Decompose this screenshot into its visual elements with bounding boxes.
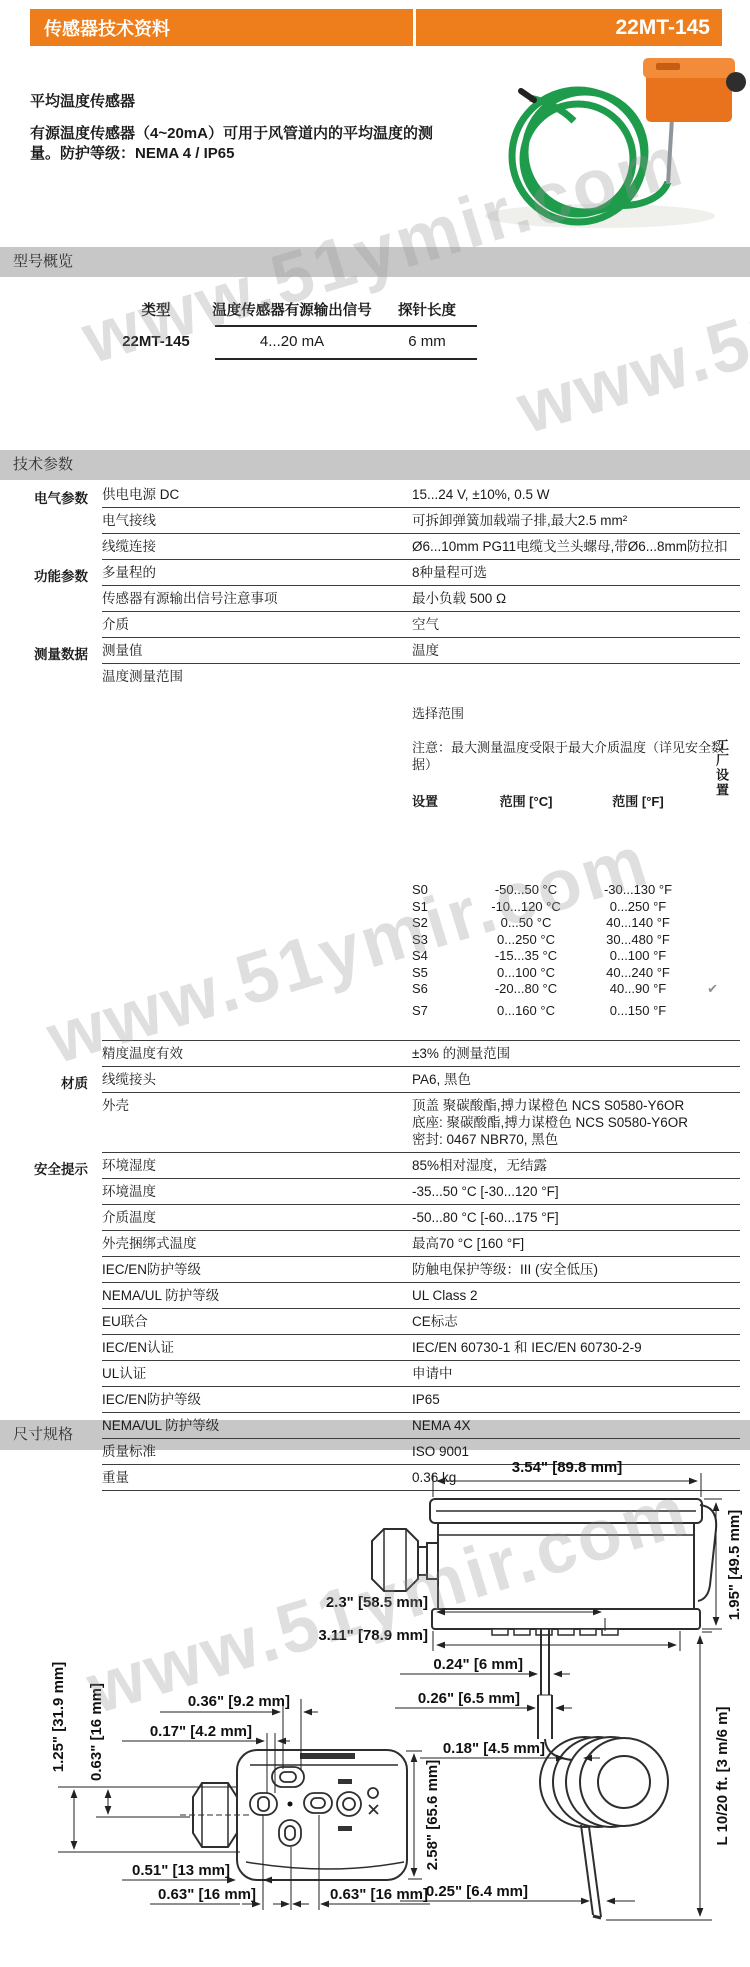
factory-setting-label: 工厂设置 bbox=[713, 738, 730, 798]
spec-category: 功能参数 bbox=[10, 560, 102, 586]
range-note: 注意：最大测量温度受限于最大介质温度（详见安全数据） bbox=[412, 739, 732, 773]
spec-row: 介质空气 bbox=[10, 612, 740, 638]
sensor-housing bbox=[643, 58, 746, 122]
model-number: 22MT-145 bbox=[615, 16, 710, 40]
spec-value: 15...24 V, ±10%, 0.5 W bbox=[412, 482, 740, 508]
spec-row: EU联合CE标志 bbox=[10, 1309, 740, 1335]
spec-row: 电气接线可拆卸弹簧加载端子排,最大2.5 mm² bbox=[10, 508, 740, 534]
spec-value: 防触电保护等级：III (安全低压) bbox=[412, 1257, 740, 1283]
spec-label: 精度温度有效 bbox=[102, 1041, 412, 1067]
spec-label: 环境湿度 bbox=[102, 1153, 412, 1179]
spec-label: NEMA/UL 防护等级 bbox=[102, 1283, 412, 1309]
range-cell: S4 bbox=[412, 948, 470, 965]
spec-row: 温度测量范围 选择范围 注意：最大测量温度受限于最大介质温度（详见安全数据） 设… bbox=[10, 664, 740, 1041]
spec-row: 测量数据测量值温度 bbox=[10, 638, 740, 664]
range-row: S0-50...50 °C-30...130 °F bbox=[412, 882, 732, 899]
spec-row: UL认证申请中 bbox=[10, 1361, 740, 1387]
probe-stem bbox=[668, 118, 672, 184]
table-rule bbox=[215, 358, 477, 360]
range-row: S6-20...80 °C40...90 °F✔ bbox=[412, 981, 732, 998]
spec-label: 外壳捆绑式温度 bbox=[102, 1231, 412, 1257]
spec-value: 温度 bbox=[412, 638, 740, 664]
range-cell: S5 bbox=[412, 965, 470, 982]
range-cell: -10...120 °C bbox=[470, 899, 582, 916]
dim-label-spacing-left: 0.63" [16 mm] bbox=[158, 1886, 256, 1903]
range-cell bbox=[694, 948, 718, 965]
spec-category bbox=[10, 1093, 102, 1153]
range-cell: 0...250 °C bbox=[470, 932, 582, 949]
range-header-row: 设置 范围 [°C] 范围 [°F] bbox=[412, 793, 732, 810]
dimension-drawings: 3.54" [89.8 mm] 1.95" [49.5 mm] 2.3" [58… bbox=[0, 1455, 750, 1965]
range-row: S70...160 °C0...150 °F bbox=[412, 1003, 732, 1020]
range-row: S50...100 °C40...240 °F bbox=[412, 965, 732, 982]
spec-label: IEC/EN防护等级 bbox=[102, 1387, 412, 1413]
range-cell: 0...250 °F bbox=[582, 899, 694, 916]
section-title-tech: 技术参数 bbox=[0, 450, 750, 480]
range-cell bbox=[694, 899, 718, 916]
spec-category bbox=[10, 508, 102, 534]
spec-value: 最小负载 500 Ω bbox=[412, 586, 740, 612]
range-cell bbox=[694, 1003, 718, 1020]
column-header-type: 类型 bbox=[105, 302, 207, 320]
header-right-segment: 22MT-145 bbox=[416, 9, 722, 46]
spec-value: UL Class 2 bbox=[412, 1283, 740, 1309]
dim-label-height: 1.95" [49.5 mm] bbox=[726, 1510, 743, 1621]
spec-category: 安全提示 bbox=[10, 1153, 102, 1179]
spec-value: Ø6...10mm PG11电缆戈兰头螺母,带Ø6...8mm防拉扣 bbox=[412, 534, 740, 560]
page-title: 传感器技术资料 bbox=[44, 15, 170, 41]
factory-check-icon: ✔ bbox=[694, 981, 718, 998]
spec-category bbox=[10, 1231, 102, 1257]
range-cell: 0...150 °F bbox=[582, 1003, 694, 1020]
spec-row: NEMA/UL 防护等级NEMA 4X bbox=[10, 1413, 740, 1439]
spec-category: 电气参数 bbox=[10, 482, 102, 508]
spec-label: 外壳 bbox=[102, 1093, 412, 1153]
spec-category: 材质 bbox=[10, 1067, 102, 1093]
section-title-overview: 型号概览 bbox=[0, 247, 750, 277]
range-cell: 40...240 °F bbox=[582, 965, 694, 982]
intro-section: 平均温度传感器 有源温度传感器（4~20mA）可用于风管道内的平均温度的测量。防… bbox=[30, 48, 750, 243]
range-row: S20...50 °C40...140 °F bbox=[412, 915, 732, 932]
spec-category bbox=[10, 612, 102, 638]
range-row: S4-15...35 °C0...100 °F bbox=[412, 948, 732, 965]
range-cell: S7 bbox=[412, 1003, 470, 1020]
range-cell bbox=[694, 965, 718, 982]
spec-row: 传感器有源输出信号注意事项最小负载 500 Ω bbox=[10, 586, 740, 612]
spec-category bbox=[10, 1335, 102, 1361]
spec-label: 线缆连接 bbox=[102, 534, 412, 560]
spec-category bbox=[10, 1257, 102, 1283]
range-cell: 0...160 °C bbox=[470, 1003, 582, 1020]
spec-label: IEC/EN防护等级 bbox=[102, 1257, 412, 1283]
bottom-view-housing bbox=[180, 1750, 407, 1880]
dim-label-sheath-diameter: 0.26" [6.5 mm] bbox=[418, 1690, 520, 1707]
range-cell: 40...90 °F bbox=[582, 981, 694, 998]
spec-label: EU联合 bbox=[102, 1309, 412, 1335]
spec-category: 测量数据 bbox=[10, 638, 102, 664]
spec-category bbox=[10, 1283, 102, 1309]
spec-row: 安全提示环境湿度85%相对湿度，无结露 bbox=[10, 1153, 740, 1179]
spec-value: 空气 bbox=[412, 612, 740, 638]
spec-value: -50...80 °C [-60...175 °F] bbox=[412, 1205, 740, 1231]
spec-category bbox=[10, 1205, 102, 1231]
range-cell: S3 bbox=[412, 932, 470, 949]
spec-value: NEMA 4X bbox=[412, 1413, 740, 1439]
spec-row: IEC/EN认证IEC/EN 60730-1 和 IEC/EN 60730-2-… bbox=[10, 1335, 740, 1361]
spec-value: CE标志 bbox=[412, 1309, 740, 1335]
side-view-probe-cable bbox=[538, 1629, 668, 1918]
dim-label-overall-width: 3.11" [78.9 mm] bbox=[318, 1627, 428, 1644]
header-left-segment: 传感器技术资料 bbox=[30, 9, 413, 46]
range-cell bbox=[694, 882, 718, 899]
spec-label: 测量值 bbox=[102, 638, 412, 664]
overview-header-row: 类型 温度传感器有源输出信号 探针长度 bbox=[105, 302, 477, 325]
range-cell: -50...50 °C bbox=[470, 882, 582, 899]
range-cell: 40...140 °F bbox=[582, 915, 694, 932]
range-cell: -30...130 °F bbox=[582, 882, 694, 899]
range-row: S30...250 °C30...480 °F bbox=[412, 932, 732, 949]
spec-category bbox=[10, 586, 102, 612]
spec-row: IEC/EN防护等级防触电保护等级：III (安全低压) bbox=[10, 1257, 740, 1283]
range-row: S1-10...120 °C0...250 °F bbox=[412, 899, 732, 916]
spec-value: 选择范围 注意：最大测量温度受限于最大介质温度（详见安全数据） 设置 范围 [°… bbox=[412, 664, 740, 1041]
tech-table: 电气参数供电电源 DC15...24 V, ±10%, 0.5 W电气接线可拆卸… bbox=[10, 482, 740, 1491]
spec-label: 介质 bbox=[102, 612, 412, 638]
overview-data-row: 22MT-145 4...20 mA 6 mm bbox=[105, 327, 477, 358]
dim-label-slot-width: 0.36" [9.2 mm] bbox=[188, 1693, 290, 1710]
spec-row: IEC/EN防护等级IP65 bbox=[10, 1387, 740, 1413]
spec-category bbox=[10, 1041, 102, 1067]
spec-value: -35...50 °C [-30...120 °F] bbox=[412, 1179, 740, 1205]
spec-category bbox=[10, 534, 102, 560]
spec-label: 供电电源 DC bbox=[102, 482, 412, 508]
range-cell: -20...80 °C bbox=[470, 981, 582, 998]
dim-label-center-offset: 0.63" [16 mm] bbox=[88, 1683, 105, 1781]
spec-category bbox=[10, 1309, 102, 1335]
cell-model: 22MT-145 bbox=[105, 333, 207, 350]
spec-label: 电气接线 bbox=[102, 508, 412, 534]
spec-row: 线缆连接Ø6...10mm PG11电缆戈兰头螺母,带Ø6...8mm防拉扣 bbox=[10, 534, 740, 560]
spec-value: PA6, 黑色 bbox=[412, 1067, 740, 1093]
spec-value: IP65 bbox=[412, 1387, 740, 1413]
dim-label-tip-diameter: 0.25" [6.4 mm] bbox=[426, 1883, 528, 1900]
spec-category bbox=[10, 1413, 102, 1439]
range-header-fahrenheit: 范围 [°F] bbox=[582, 793, 694, 810]
range-cell: 0...100 °F bbox=[582, 948, 694, 965]
spec-label: 多量程的 bbox=[102, 560, 412, 586]
product-title: 平均温度传感器 bbox=[30, 90, 135, 111]
column-header-probe: 探针长度 bbox=[377, 302, 477, 320]
dim-label-probe-diameter: 0.24" [6 mm] bbox=[433, 1656, 523, 1673]
spec-row: 环境温度-35...50 °C [-30...120 °F] bbox=[10, 1179, 740, 1205]
spec-value: 8种量程可选 bbox=[412, 560, 740, 586]
spec-label: IEC/EN认证 bbox=[102, 1335, 412, 1361]
cell-probe-length: 6 mm bbox=[377, 333, 477, 350]
model-overview-table: 类型 温度传感器有源输出信号 探针长度 22MT-145 4...20 mA 6… bbox=[105, 302, 477, 360]
column-header-output: 温度传感器有源输出信号 bbox=[207, 302, 377, 320]
spec-value: 申请中 bbox=[412, 1361, 740, 1387]
spec-label: UL认证 bbox=[102, 1361, 412, 1387]
range-block: 选择范围 注意：最大测量温度受限于最大介质温度（详见安全数据） 设置 范围 [°… bbox=[412, 668, 732, 1036]
probe-tip bbox=[521, 91, 534, 100]
spec-category bbox=[10, 1179, 102, 1205]
spec-label: NEMA/UL 防护等级 bbox=[102, 1413, 412, 1439]
dim-label-depth: 2.58" [65.6 mm] bbox=[424, 1760, 441, 1871]
range-cell: 30...480 °F bbox=[582, 932, 694, 949]
dim-label-mount-width: 2.3" [58.5 mm] bbox=[326, 1594, 428, 1611]
dim-label-edge-offset: 0.51" [13 mm] bbox=[132, 1862, 230, 1879]
dim-label-hole-width: 0.17" [4.2 mm] bbox=[150, 1723, 252, 1740]
spec-category bbox=[10, 1361, 102, 1387]
spec-label: 传感器有源输出信号注意事项 bbox=[102, 586, 412, 612]
range-cell: 0...50 °C bbox=[470, 915, 582, 932]
spec-value: ±3% 的测量范围 bbox=[412, 1041, 740, 1067]
range-select-label: 选择范围 bbox=[412, 705, 732, 722]
range-cell bbox=[694, 915, 718, 932]
header-bar: 传感器技术资料 22MT-145 bbox=[30, 9, 722, 46]
product-photo bbox=[460, 48, 750, 238]
dim-label-top-width: 3.54" [89.8 mm] bbox=[512, 1459, 623, 1476]
spec-value: 顶盖 聚碳酸酯,搏力谋橙色 NCS S0580-Y6OR 底座: 聚碳酸酯,搏力… bbox=[412, 1093, 740, 1153]
spec-row: 介质温度-50...80 °C [-60...175 °F] bbox=[10, 1205, 740, 1231]
range-cell: -15...35 °C bbox=[470, 948, 582, 965]
spec-value: IEC/EN 60730-1 和 IEC/EN 60730-2-9 bbox=[412, 1335, 740, 1361]
range-cell: S0 bbox=[412, 882, 470, 899]
datasheet-page: www.51ymir.com www.51ymir.com www.51ymir… bbox=[0, 0, 750, 1967]
dim-label-spacing-right: 0.63" [16 mm] bbox=[330, 1886, 428, 1903]
range-header-setting: 设置 bbox=[412, 793, 470, 810]
spec-row: 材质线缆接头PA6, 黑色 bbox=[10, 1067, 740, 1093]
spec-row: 外壳顶盖 聚碳酸酯,搏力谋橙色 NCS S0580-Y6OR 底座: 聚碳酸酯,… bbox=[10, 1093, 740, 1153]
range-cell: S6 bbox=[412, 981, 470, 998]
dim-label-cable-length: L 10/20 ft. [3 m/6 m] bbox=[714, 1707, 731, 1846]
spec-label: 介质温度 bbox=[102, 1205, 412, 1231]
spec-category bbox=[10, 1387, 102, 1413]
spec-label: 温度测量范围 bbox=[102, 664, 412, 1041]
spec-value: 85%相对湿度，无结露 bbox=[412, 1153, 740, 1179]
cell-output-signal: 4...20 mA bbox=[207, 333, 377, 350]
green-cable-coil bbox=[512, 90, 668, 222]
spec-row: 外壳捆绑式温度最高70 °C [160 °F] bbox=[10, 1231, 740, 1257]
spec-row: 功能参数多量程的8种量程可选 bbox=[10, 560, 740, 586]
spec-row: 电气参数供电电源 DC15...24 V, ±10%, 0.5 W bbox=[10, 482, 740, 508]
spec-value: 可拆卸弹簧加载端子排,最大2.5 mm² bbox=[412, 508, 740, 534]
range-cell bbox=[694, 932, 718, 949]
range-cell: S2 bbox=[412, 915, 470, 932]
product-description: 有源温度传感器（4~20mA）可用于风管道内的平均温度的测量。防护等级：NEMA… bbox=[30, 124, 442, 165]
spec-value: 最高70 °C [160 °F] bbox=[412, 1231, 740, 1257]
spec-row: 精度温度有效±3% 的测量范围 bbox=[10, 1041, 740, 1067]
side-view-housing bbox=[372, 1499, 716, 1635]
spec-label: 线缆接头 bbox=[102, 1067, 412, 1093]
dim-label-cable-diameter: 0.18" [4.5 mm] bbox=[443, 1740, 545, 1757]
spec-label: 环境温度 bbox=[102, 1179, 412, 1205]
range-rows: S0-50...50 °C-30...130 °FS1-10...120 °C0… bbox=[412, 882, 732, 1019]
spec-category bbox=[10, 664, 102, 1041]
range-cell: S1 bbox=[412, 899, 470, 916]
spec-row: NEMA/UL 防护等级UL Class 2 bbox=[10, 1283, 740, 1309]
range-cell: 0...100 °C bbox=[470, 965, 582, 982]
dim-label-bottom-height: 1.25" [31.9 mm] bbox=[50, 1662, 67, 1773]
range-header-celsius: 范围 [°C] bbox=[470, 793, 582, 810]
